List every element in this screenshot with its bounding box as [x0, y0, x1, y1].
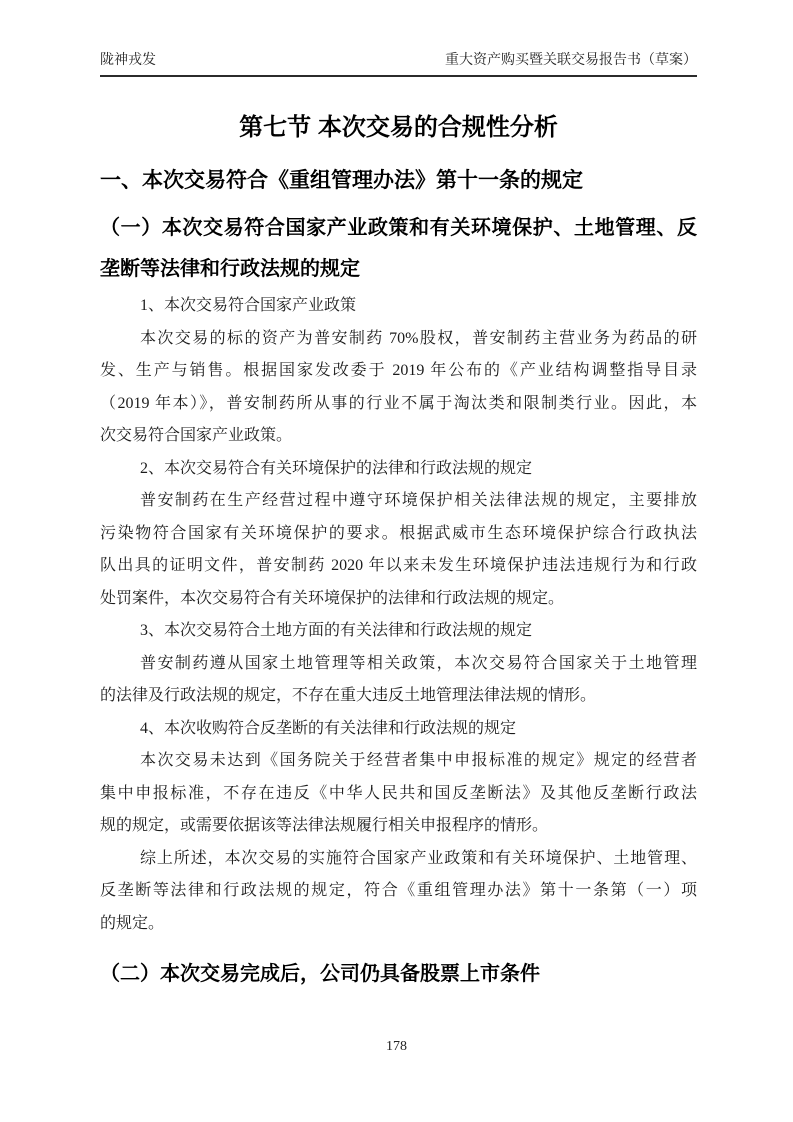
page-number: 178 — [386, 1039, 407, 1054]
paragraph-antitrust-line: 集中申报标准，不存在违反《中华人民共和国反垄断法》及其他反垄断行政法 — [100, 778, 697, 811]
subsection-1-heading-line: 垄断等法律和行政法规的规定 — [100, 249, 697, 290]
paragraph-summary-line: 反垄断等法律和行政法规的规定，符合《重组管理办法》第十一条第（一）项 — [100, 875, 697, 908]
document-page: 陇神戎发 重大资产购买暨关联交易报告书（草案） 第七节 本次交易的合规性分析 一… — [0, 0, 793, 1122]
paragraph-industry-policy-line: 发、生产与销售。根据国家发改委于 2019 年公布的《产业结构调整指导目录 — [100, 355, 697, 388]
paragraph-environment-line: 污染物符合国家有关环境保护的要求。根据武威市生态环境保护综合行政执法 — [100, 518, 697, 551]
paragraph-summary-line: 综上所述，本次交易的实施符合国家产业政策和有关环境保护、土地管理、 — [100, 843, 697, 876]
item-1: 1、本次交易符合国家产业政策 — [100, 290, 697, 323]
document-body: 一、本次交易符合《重组管理办法》第十一条的规定（一）本次交易符合国家产业政策和有… — [100, 167, 697, 995]
page-footer: 178 — [0, 1038, 793, 1055]
paragraph-industry-policy-line: 本次交易的标的资产为普安制药 70%股权，普安制药主营业务为药品的研 — [100, 323, 697, 356]
item-2: 2、本次交易符合有关环境保护的法律和行政法规的规定 — [100, 453, 697, 486]
paragraph-environment-line: 处罚案件，本次交易符合有关环境保护的法律和行政法规的规定。 — [100, 583, 697, 616]
paragraph-environment-line: 队出具的证明文件，普安制药 2020 年以来未发生环境保护违法违规行为和行政 — [100, 550, 697, 583]
header-right-text: 重大资产购买暨关联交易报告书（草案） — [445, 52, 697, 69]
paragraph-industry-policy-line: 次交易符合国家产业政策。 — [100, 420, 697, 453]
paragraph-summary-line: 的规定。 — [100, 908, 697, 941]
paragraph-land-line: 普安制药遵从国家土地管理等相关政策，本次交易符合国家关于土地管理 — [100, 648, 697, 681]
header-left-text: 陇神戎发 — [100, 52, 156, 69]
paragraph-antitrust-line: 本次交易未达到《国务院关于经营者集中申报标准的规定》规定的经营者 — [100, 745, 697, 778]
subsection-2-heading-line: （二）本次交易完成后，公司仍具备股票上市条件 — [100, 954, 697, 995]
item-4: 4、本次收购符合反垄断的有关法律和行政法规的规定 — [100, 713, 697, 746]
paragraph-industry-policy-line: （2019 年本）》，普安制药所从事的行业不属于淘汰类和限制类行业。因此，本 — [100, 388, 697, 421]
item-3: 3、本次交易符合土地方面的有关法律和行政法规的规定 — [100, 615, 697, 648]
subsection-2-heading: （二）本次交易完成后，公司仍具备股票上市条件 — [100, 954, 697, 995]
section-1-heading: 一、本次交易符合《重组管理办法》第十一条的规定 — [100, 167, 697, 194]
page-header: 陇神戎发 重大资产购买暨关联交易报告书（草案） — [100, 0, 697, 77]
paragraph-land-line: 的法律及行政法规的规定，不存在重大违反土地管理法律法规的情形。 — [100, 680, 697, 713]
paragraph-environment-line: 普安制药在生产经营过程中遵守环境保护相关法律法规的规定，主要排放 — [100, 485, 697, 518]
page-title: 第七节 本次交易的合规性分析 — [100, 113, 697, 143]
paragraph-antitrust-line: 规的规定，或需要依据该等法律法规履行相关申报程序的情形。 — [100, 810, 697, 843]
subsection-1-heading-line: （一）本次交易符合国家产业政策和有关环境保护、土地管理、反 — [100, 208, 697, 249]
subsection-1-heading: （一）本次交易符合国家产业政策和有关环境保护、土地管理、反垄断等法律和行政法规的… — [100, 208, 697, 290]
